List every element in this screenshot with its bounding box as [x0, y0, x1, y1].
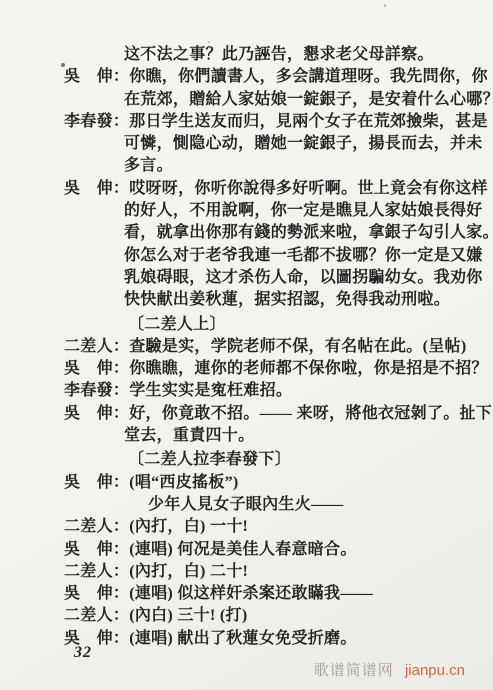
script-line: 二差人： 查驗是实，学院老师不保，有名帖在此。(呈帖) — [64, 336, 468, 358]
scan-speck — [384, 4, 386, 7]
speaker-name: 二差人： — [64, 516, 129, 538]
speaker-name: 李春發： — [64, 111, 129, 133]
line-text: 这不法之事？此乃誣告，懇求老父母詳察。 — [64, 44, 434, 66]
line-text: 乳娘碍眼，这才杀伤人命，以圖拐騙幼女。我劝你 — [64, 267, 483, 289]
line-text: 多言。 — [64, 155, 173, 177]
line-text: (內白) 三十! (打) — [129, 605, 247, 627]
line-text: 好，你竟敢不招。—— 来呀，將他衣冠剝了。扯下 — [129, 403, 492, 425]
line-text: 的好人，不用說啊，你一定是瞧見人家姑娘長得好 — [64, 200, 483, 222]
line-text: (連唱) 何况是美佳人春意暗合。 — [129, 539, 356, 561]
speaker-name: 吳 伸： — [64, 403, 129, 425]
script-line: 看，就拿出你那有錢的勢派来啦，拿銀子勾引人家。 — [64, 222, 468, 244]
stage-direction: 〔二差人拉李春發下〕 — [64, 449, 468, 471]
script-line: 在荒郊，贈給人家姑娘一錠銀子，是安着什么心哪？ — [64, 89, 468, 111]
watermark-site-name: 歌谱简谱网 — [314, 662, 394, 679]
script-line: 可憐，惻隐心动，贈她一錠銀子，揚長而去，并未 — [64, 133, 468, 155]
script-line: 这不法之事？此乃誣告，懇求老父母詳察。 — [64, 44, 468, 66]
line-text: 〔二差人上〕 — [64, 314, 226, 336]
line-text: (內打，白) 一十! — [129, 516, 248, 538]
line-text: 堂去，重責四十。 — [64, 425, 254, 447]
speaker-name: 李春發： — [64, 380, 129, 402]
script-line: 吳 伸： 哎呀呀，你听你說得多好听啊。世上竟会有你这样 — [64, 178, 468, 200]
script-line: 二差人： (內白) 三十! (打) — [64, 605, 468, 627]
script-line: 李春發： 学生实实是寃枉难招。 — [64, 380, 468, 402]
speaker-name: 吳 伸： — [64, 472, 129, 494]
script-line: 吳 伸： (連唱) 献出了秋蓮女免受折磨。 — [64, 628, 468, 650]
script-line: 吳 伸： 你瞧，你們讀書人，多会講道理呀。我先問你，你 — [64, 66, 468, 88]
line-text: 那日学生送友而归，見兩个女子在荒郊撿柴，甚是 — [129, 111, 488, 133]
line-text: (連唱) 献出了秋蓮女免受折磨。 — [129, 628, 356, 650]
speaker-name: 吳 伸： — [64, 539, 129, 561]
line-text: 在荒郊，贈給人家姑娘一錠銀子，是安着什么心哪？ — [64, 89, 493, 111]
watermark: 歌谱简谱网 jianpu.cn — [314, 659, 465, 680]
script-line: 吳 伸： (連唱) 何况是美佳人春意暗合。 — [64, 539, 468, 561]
line-text: 〔二差人拉李春發下〕 — [64, 449, 291, 471]
line-text: 少年人見女子眼內生火—— — [64, 494, 344, 516]
script-line: 吳 伸： 好，你竟敢不招。—— 来呀，將他衣冠剝了。扯下 — [64, 403, 468, 425]
script-line: 吳 伸： (唱“西皮搖板”) — [64, 472, 468, 494]
script-text-block: 这不法之事？此乃誣告，懇求老父母詳察。 吳 伸： 你瞧，你們讀書人，多会講道理呀… — [64, 44, 468, 650]
script-line: 二差人： (內打，白) 一十! — [64, 516, 468, 538]
script-line: 吳 伸： 你瞧瞧，連你的老师都不保你啦，你是招是不招？ — [64, 358, 468, 380]
line-text: (內打，白) 二十! — [129, 561, 248, 583]
script-line: 快快献出姜秋蓮，据实招認，免得我动刑啦。 — [64, 289, 468, 311]
speaker-name: 二差人： — [64, 561, 129, 583]
line-text: 快快献出姜秋蓮，据实招認，免得我动刑啦。 — [64, 289, 450, 311]
speaker-name: 吳 伸： — [64, 178, 129, 200]
line-text: 可憐，惻隐心动，贈她一錠銀子，揚長而去，并未 — [64, 133, 483, 155]
script-line: 乳娘碍眼，这才杀伤人命，以圖拐騙幼女。我劝你 — [64, 267, 468, 289]
line-text: (唱“西皮搖板”) — [129, 472, 238, 494]
script-line: 吳 伸： (連唱) 似这样奸杀案还敢瞞我—— — [64, 583, 468, 605]
speaker-name: 二差人： — [64, 605, 129, 627]
script-line: 的好人，不用說啊，你一定是瞧見人家姑娘長得好 — [64, 200, 468, 222]
line-text: 哎呀呀，你听你說得多好听啊。世上竟会有你这样 — [129, 178, 488, 200]
speaker-name: 二差人： — [64, 336, 129, 358]
page-number: 32 — [74, 644, 92, 662]
speaker-name: 吳 伸： — [64, 358, 129, 380]
line-text: 你瞧瞧，連你的老师都不保你啦，你是招是不招？ — [129, 358, 488, 380]
scan-speck — [208, 41, 210, 43]
script-line: 二差人： (內打，白) 二十! — [64, 561, 468, 583]
stage-direction: 〔二差人上〕 — [64, 314, 468, 336]
line-text: 学生实实是寃枉难招。 — [129, 380, 292, 402]
line-text: 你瞧，你們讀書人，多会講道理呀。我先問你，你 — [129, 66, 488, 88]
speaker-name: 吳 伸： — [64, 583, 129, 605]
script-line: 堂去，重責四十。 — [64, 425, 468, 447]
line-text: 你怎么对于老爷我連一毛都不拔哪？你一定是又嫌 — [64, 245, 483, 267]
sung-verse-line: 少年人見女子眼內生火—— — [64, 494, 468, 516]
speaker-name: 吳 伸： — [64, 66, 129, 88]
line-text: 看，就拿出你那有錢的勢派来啦，拿銀子勾引人家。 — [64, 222, 493, 244]
script-line: 多言。 — [64, 155, 468, 177]
script-line: 你怎么对于老爷我連一毛都不拔哪？你一定是又嫌 — [64, 245, 468, 267]
line-text: (連唱) 似这样奸杀案还敢瞞我—— — [129, 583, 373, 605]
script-line: 李春發： 那日学生送友而归，見兩个女子在荒郊撿柴，甚是 — [64, 111, 468, 133]
watermark-site-url: jianpu.cn — [405, 662, 465, 679]
line-text: 查驗是实，学院老师不保，有名帖在此。(呈帖) — [129, 336, 466, 358]
